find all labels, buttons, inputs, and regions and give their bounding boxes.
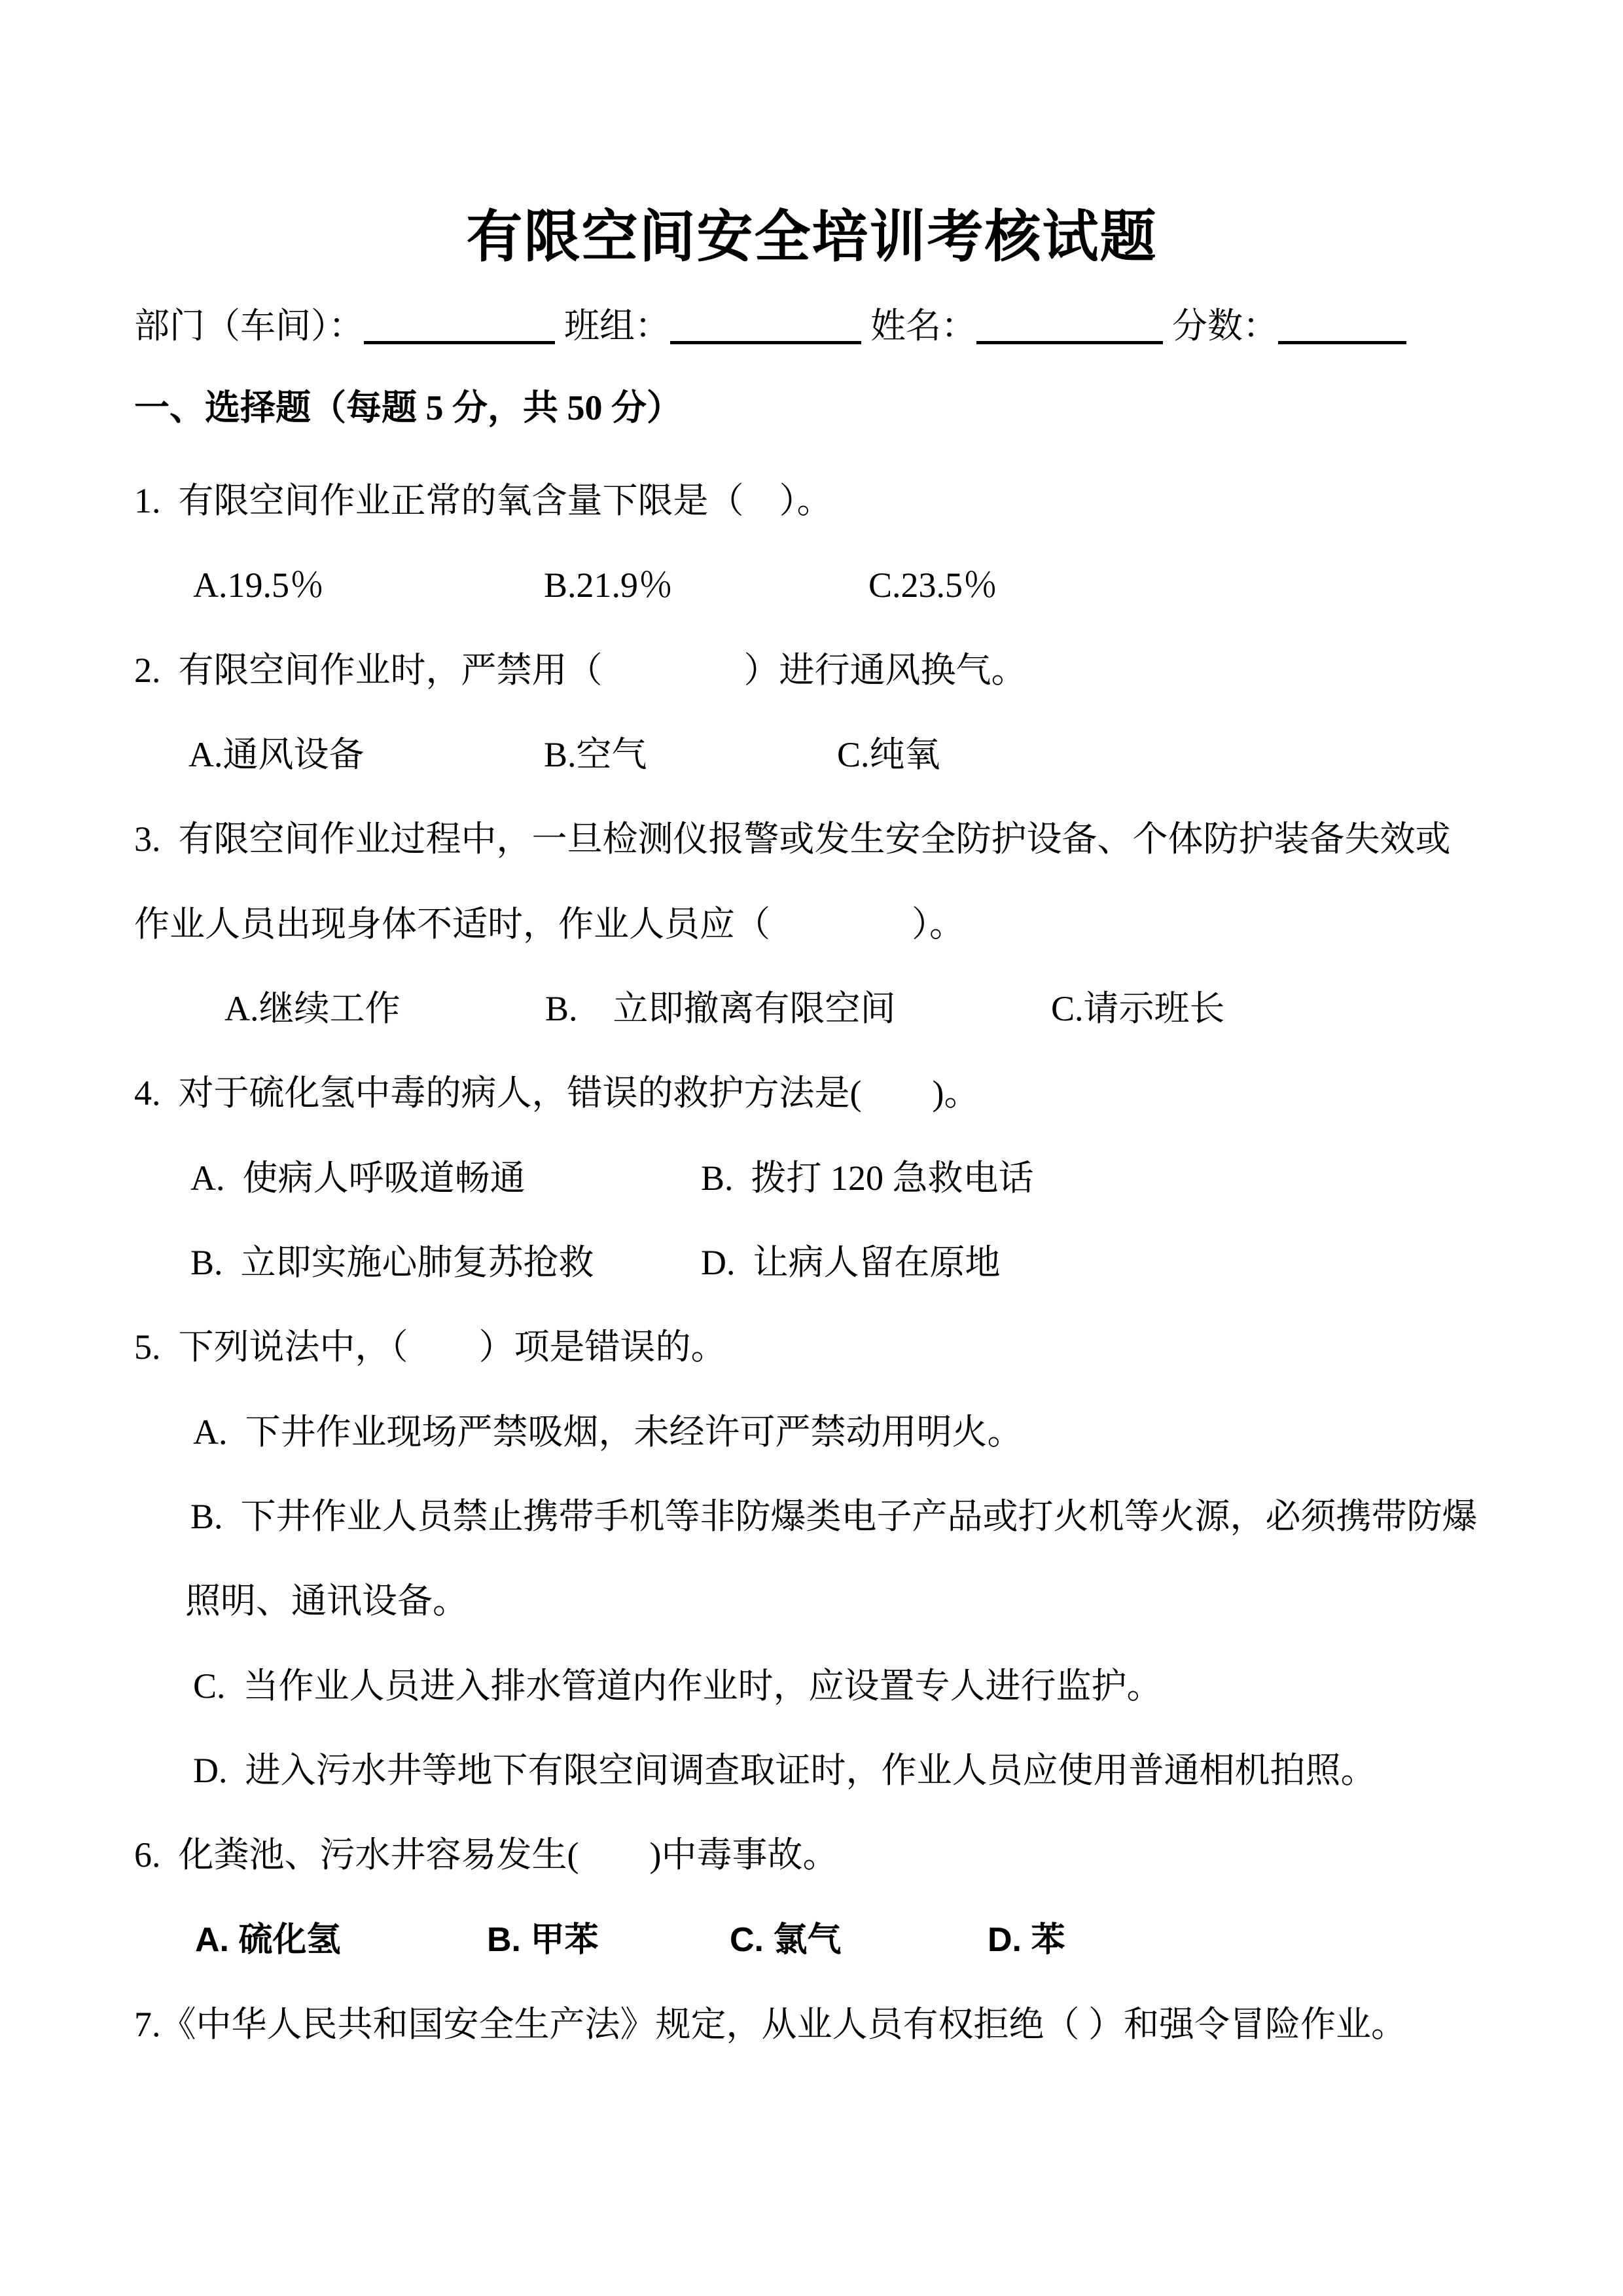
header-fields-line: 部门（车间）：班组：姓名：分数：	[134, 306, 1406, 346]
question-3-stem-line-1: 3. 有限空间作业过程中，一旦检测仪报警或发生安全防护设备、个体防护装备失效或	[134, 819, 1451, 859]
blank-score	[1278, 341, 1406, 344]
question-5-stem: 5. 下列说法中，（ ）项是错误的。	[134, 1327, 726, 1367]
question-1-option-b: B.21.9％	[544, 565, 673, 605]
question-1-options: A.19.5％ B.21.9％ C.23.5％	[134, 565, 1489, 605]
question-2-option-c: C.纯氧	[837, 734, 940, 775]
question-3-option-c: C.请示班长	[1051, 988, 1225, 1029]
question-4-options-row-2: B. 立即实施心肺复苏抢救 D. 让病人留在原地	[134, 1242, 1489, 1283]
field-label-name: 姓名：	[870, 306, 976, 346]
section-heading: 一、选择题（每题 5 分，共 50 分）	[134, 387, 682, 428]
blank-name	[976, 341, 1163, 344]
question-6-option-c: C. 氯气	[730, 1920, 841, 1960]
question-4-option-b2: B. 立即实施心肺复苏抢救	[190, 1242, 594, 1283]
question-3-option-b: B. 立即撤离有限空间	[545, 988, 896, 1029]
question-5-option-a: A. 下井作业现场严禁吸烟，未经许可严禁动用明火。	[193, 1412, 1023, 1452]
question-5-option-c: C. 当作业人员进入排水管道内作业时，应设置专人进行监护。	[193, 1666, 1162, 1706]
field-label-department: 部门（车间）：	[134, 306, 364, 346]
question-6-option-a: A. 硫化氢	[195, 1920, 340, 1960]
question-1-stem: 1. 有限空间作业正常的氧含量下限是（ ）。	[134, 480, 832, 521]
question-1-option-c: C.23.5％	[868, 565, 998, 605]
question-6-stem: 6. 化粪池、污水井容易发生( )中毒事故。	[134, 1835, 838, 1875]
field-label-score: 分数：	[1172, 306, 1278, 346]
question-2-option-a: A.通风设备	[188, 734, 365, 775]
question-2-stem: 2. 有限空间作业时，严禁用（ ）进行通风换气。	[134, 650, 1027, 691]
question-4-options-row-1: A. 使病人呼吸道畅通 B. 拨打 120 急救电话	[134, 1158, 1489, 1198]
question-2-option-b: B.空气	[544, 734, 647, 775]
blank-department	[364, 341, 555, 344]
question-6-option-d: D. 苯	[988, 1920, 1065, 1960]
page-content: 有限空间安全培训考核试题 部门（车间）：班组：姓名：分数： 一、选择题（每题 5…	[134, 0, 1489, 2296]
question-3-option-a: A.继续工作	[224, 988, 401, 1029]
question-4-stem: 4. 对于硫化氢中毒的病人，错误的救护方法是( )。	[134, 1073, 979, 1113]
question-6-options: A. 硫化氢 B. 甲苯 C. 氯气 D. 苯	[134, 1920, 1489, 1960]
question-3-stem-line-2: 作业人员出现身体不适时，作业人员应（ ）。	[134, 904, 965, 944]
question-3-options: A.继续工作 B. 立即撤离有限空间 C.请示班长	[134, 988, 1489, 1029]
question-4-option-b: B. 拨打 120 急救电话	[701, 1158, 1034, 1198]
question-2-options: A.通风设备 B.空气 C.纯氧	[134, 734, 1489, 775]
question-5-option-b-line-2: 照明、通讯设备。	[185, 1581, 468, 1621]
question-5-option-b-line-1: B. 下井作业人员禁止携带手机等非防爆类电子产品或打火机等火源，必须携带防爆	[190, 1496, 1478, 1537]
blank-team	[670, 341, 861, 344]
question-4-option-a: A. 使病人呼吸道畅通	[190, 1158, 526, 1198]
question-4-option-d: D. 让病人留在原地	[701, 1242, 1001, 1283]
field-label-team: 班组：	[564, 306, 670, 346]
exam-page: 有限空间安全培训考核试题 部门（车间）：班组：姓名：分数： 一、选择题（每题 5…	[0, 0, 1623, 2296]
question-7-stem: 7.《中华人民共和国安全生产法》规定，从业人员有权拒绝（ ）和强令冒险作业。	[134, 2004, 1406, 2045]
question-6-option-b: B. 甲苯	[487, 1920, 598, 1960]
question-5-option-d: D. 进入污水井等地下有限空间调查取证时，作业人员应使用普通相机拍照。	[193, 1750, 1376, 1791]
question-1-option-a: A.19.5％	[193, 565, 325, 605]
exam-title: 有限空间安全培训考核试题	[134, 206, 1489, 268]
